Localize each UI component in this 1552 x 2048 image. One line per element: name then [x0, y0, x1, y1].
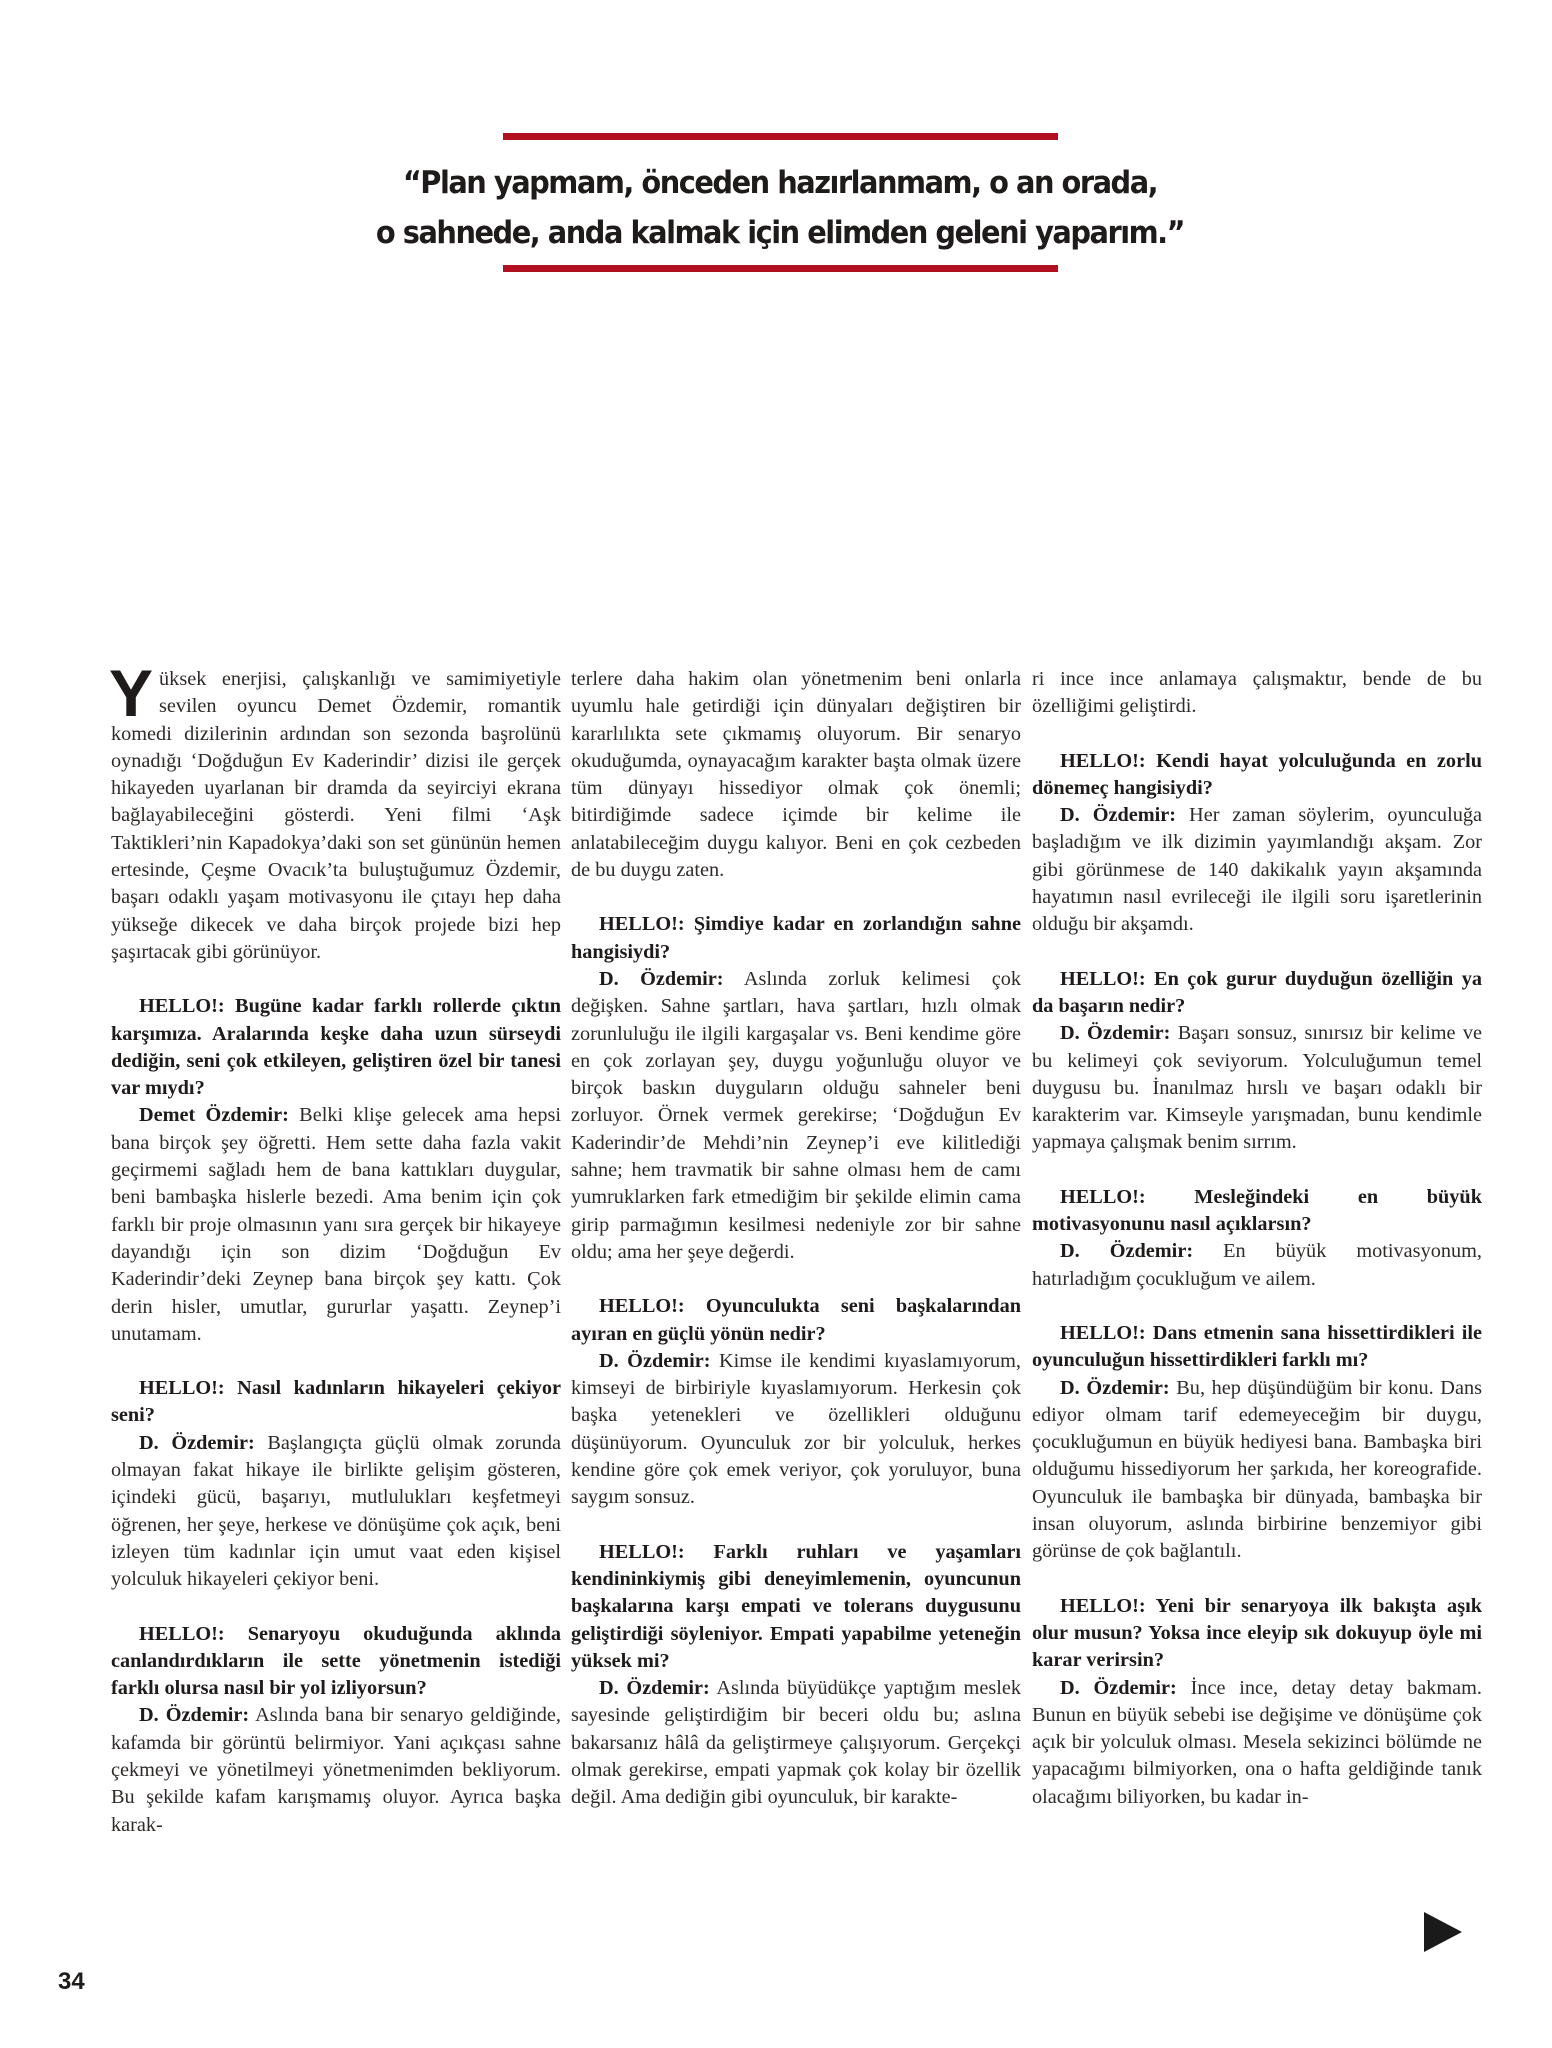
article-column-2: terlere daha hakim olan yönetmenim beni …	[571, 666, 1021, 1839]
question: HELLO!: Bugüne kadar farklı rollerde çık…	[111, 993, 561, 1102]
speaker-label: D. Özdemir:	[599, 1350, 711, 1372]
speaker-label: D. Özdemir:	[139, 1704, 249, 1726]
pullquote-line-2: o sahnede, anda kalmak için elimden gele…	[371, 208, 1189, 258]
qa-item: HELLO!: Senaryoyu okuduğunda aklında can…	[111, 1621, 561, 1839]
speaker-label: D. Özdemir:	[1060, 804, 1176, 826]
qa-item: HELLO!: Nasıl kadınların hikayeleri çeki…	[111, 1375, 561, 1593]
qa-item: HELLO!: En çok gurur duyduğun özelliğin …	[1032, 966, 1482, 1157]
question: HELLO!: Mesleğindeki en büyük motivasyon…	[1032, 1184, 1482, 1239]
question: HELLO!: Dans etmenin sana hissettirdikle…	[1032, 1320, 1482, 1375]
page-number: 34	[58, 1968, 85, 1996]
answer-continuation: terlere daha hakim olan yönetmenim beni …	[571, 666, 1021, 884]
continue-arrow-icon	[1424, 1912, 1462, 1952]
speaker-label: D. Özdemir:	[1060, 1677, 1177, 1699]
question: HELLO!: Kendi hayat yolculuğunda en zorl…	[1032, 748, 1482, 803]
question: HELLO!: En çok gurur duyduğun özelliğin …	[1032, 966, 1482, 1021]
answer-text: Kimse ile kendimi kıyaslamıyorum, kimsey…	[571, 1350, 1021, 1508]
qa-item: HELLO!: Farklı ruhları ve yaşamları kend…	[571, 1539, 1021, 1812]
speaker-label: D. Özdemir:	[139, 1432, 255, 1454]
question: HELLO!: Yeni bir senaryoya ilk bakışta a…	[1032, 1593, 1482, 1675]
answer: D. Özdemir: Aslında büyüdükçe yaptığım m…	[571, 1675, 1021, 1811]
answer: D. Özdemir: Kimse ile kendimi kıyaslamıy…	[571, 1348, 1021, 1512]
answer: D. Özdemir: Aslında zorluk kelimesi çok …	[571, 966, 1021, 1266]
speaker-label: Demet Özdemir:	[139, 1104, 289, 1126]
question: HELLO!: Şimdiye kadar en zorlandığın sah…	[571, 911, 1021, 966]
qa-item: HELLO!: Şimdiye kadar en zorlandığın sah…	[571, 911, 1021, 1266]
pullquote: “Plan yapmam, önceden hazırlanmam, o an …	[371, 158, 1189, 258]
question: HELLO!: Oyunculukta seni başkalarından a…	[571, 1293, 1021, 1348]
answer: Demet Özdemir: Belki klişe gelecek ama h…	[111, 1102, 561, 1348]
answer: D. Özdemir: Bu, hep düşündüğüm bir konu.…	[1032, 1375, 1482, 1566]
answer-continuation: ri ince ince anlamaya çalışmaktır, bende…	[1032, 666, 1482, 721]
speaker-label: D. Özdemir:	[1060, 1240, 1193, 1262]
continuation-text: terlere daha hakim olan yönetmenim beni …	[571, 666, 1021, 884]
answer: D. Özdemir: En büyük motivasyonum, hatır…	[1032, 1238, 1482, 1293]
intro-paragraph: Yüksek enerjisi, çalışkanlığı ve samimiy…	[111, 666, 561, 966]
speaker-label: D. Özdemir:	[599, 968, 724, 990]
intro-text: üksek enerjisi, çalışkanlığı ve samimiye…	[111, 668, 561, 963]
answer-text: Başlangıçta güçlü olmak zorunda olmayan …	[111, 1432, 561, 1590]
speaker-label: D. Özdemir:	[1060, 1377, 1170, 1399]
answer-text: Belki klişe gelecek ama hepsi bana birço…	[111, 1104, 561, 1344]
answer: D. Özdemir: Başlangıçta güçlü olmak zoru…	[111, 1430, 561, 1594]
pullquote-line-1: “Plan yapmam, önceden hazırlanmam, o an …	[371, 158, 1189, 208]
speaker-label: D. Özdemir:	[1060, 1022, 1170, 1044]
qa-item: HELLO!: Kendi hayat yolculuğunda en zorl…	[1032, 748, 1482, 939]
question: HELLO!: Nasıl kadınların hikayeleri çeki…	[111, 1375, 561, 1430]
speaker-label: D. Özdemir:	[599, 1677, 710, 1699]
answer-text: Aslında zorluk kelimesi çok değişken. Sa…	[571, 968, 1021, 1263]
answer: D. Özdemir: Aslında bana bir senaryo gel…	[111, 1702, 561, 1838]
answer: D. Özdemir: İnce ince, detay detay bakma…	[1032, 1675, 1482, 1811]
question: HELLO!: Farklı ruhları ve yaşamları kend…	[571, 1539, 1021, 1675]
pullquote-top-rule	[503, 133, 1058, 140]
answer: D. Özdemir: Her zaman söylerim, oyunculu…	[1032, 802, 1482, 938]
qa-item: HELLO!: Mesleğindeki en büyük motivasyon…	[1032, 1184, 1482, 1293]
qa-item: HELLO!: Yeni bir senaryoya ilk bakışta a…	[1032, 1593, 1482, 1811]
article-column-1: Yüksek enerjisi, çalışkanlığı ve samimiy…	[111, 666, 561, 1866]
qa-item: HELLO!: Bugüne kadar farklı rollerde çık…	[111, 993, 561, 1348]
article-column-3: ri ince ince anlamaya çalışmaktır, bende…	[1032, 666, 1482, 1838]
qa-item: HELLO!: Dans etmenin sana hissettirdikle…	[1032, 1320, 1482, 1566]
answer-text: Bu, hep düşündüğüm bir konu. Dans ediyor…	[1032, 1377, 1482, 1563]
drop-cap: Y	[109, 668, 153, 718]
qa-item: HELLO!: Oyunculukta seni başkalarından a…	[571, 1293, 1021, 1511]
question: HELLO!: Senaryoyu okuduğunda aklında can…	[111, 1621, 561, 1703]
answer: D. Özdemir: Başarı sonsuz, sınırsız bir …	[1032, 1020, 1482, 1156]
pullquote-bottom-rule	[503, 265, 1058, 272]
continuation-text: ri ince ince anlamaya çalışmaktır, bende…	[1032, 666, 1482, 721]
